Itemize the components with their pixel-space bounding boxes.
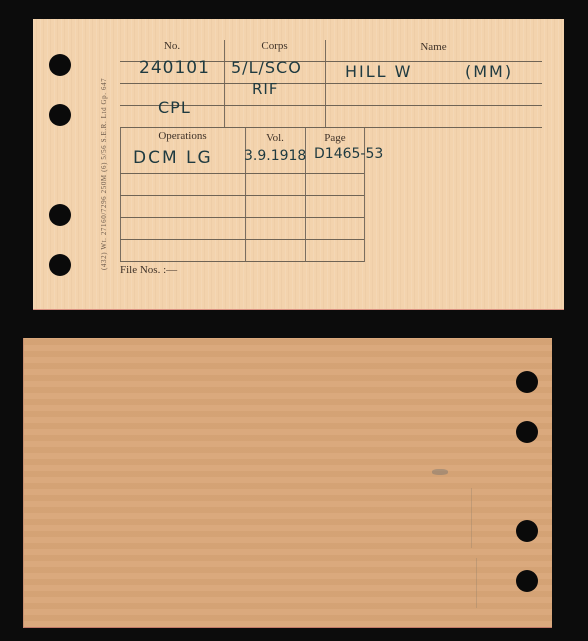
header-corps: Corps <box>224 40 325 52</box>
service-number: 240101 <box>139 58 210 78</box>
page-entry: D1465-53 <box>314 146 383 162</box>
header-name: Name <box>325 41 542 53</box>
punch-hole <box>516 421 538 443</box>
file-nos-label: File Nos. :— <box>120 264 177 276</box>
header-no: No. <box>120 40 224 52</box>
soldier-name: HILL W <box>345 62 412 81</box>
row-line <box>120 261 364 262</box>
printer-imprint: (432) Wt. 27160/7296 250M (6) 5/56 S.E.R… <box>100 20 108 270</box>
row-line <box>120 83 542 84</box>
rank: CPL <box>158 98 191 117</box>
award-suffix: (MM) <box>465 62 513 81</box>
operation-entry: DCM LG <box>133 148 213 168</box>
punch-hole <box>49 204 71 226</box>
row-line <box>120 127 542 128</box>
header-operations: Operations <box>120 130 245 142</box>
row-line <box>120 239 364 240</box>
punch-hole <box>49 254 71 276</box>
header-vol: Vol. <box>245 132 305 144</box>
faint-mark <box>476 558 477 608</box>
divider <box>325 40 326 128</box>
faint-mark <box>471 488 472 548</box>
row-line <box>120 217 364 218</box>
vol-entry: 3.9.1918 <box>244 148 306 164</box>
punch-hole <box>516 371 538 393</box>
divider <box>224 40 225 128</box>
corps-line-2: RIF <box>252 80 278 98</box>
index-card-back <box>23 338 552 628</box>
corps-line-1: 5/L/SCO <box>231 58 302 77</box>
punch-hole <box>516 520 538 542</box>
row-line <box>120 173 364 174</box>
punch-hole <box>49 104 71 126</box>
punch-hole <box>49 54 71 76</box>
row-line <box>120 195 364 196</box>
header-page: Page <box>305 132 365 144</box>
punch-hole <box>516 570 538 592</box>
ink-smudge <box>432 469 448 475</box>
